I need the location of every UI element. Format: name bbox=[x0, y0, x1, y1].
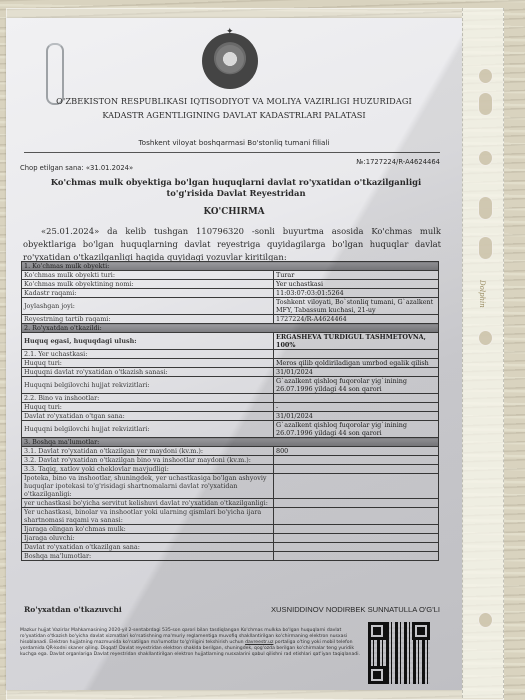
table-row: Ko'chmas mulk obyekti turi:Turar bbox=[22, 271, 439, 280]
field-label: Boshqa ma'lumotlar: bbox=[22, 552, 274, 561]
legal-notice: Mazkur hujjat Vazirlar Mahkamasining 202… bbox=[20, 628, 360, 658]
intro-paragraph: «25.01.2024» da kelib tushgan 110796320 … bbox=[23, 225, 441, 264]
field-label: Huquq turi: bbox=[22, 359, 274, 368]
document-page: ✦ O'ZBEKISTON RESPUBLIKASI IQTISODIYOT V… bbox=[6, 18, 462, 690]
field-value: Turar bbox=[274, 271, 439, 280]
table-row: 3.1. Davlat ro'yxatidan o'tkazilgan yer … bbox=[22, 447, 439, 456]
table-section-row: 1. Ko'chmas mulk obyekti: bbox=[22, 262, 439, 271]
table-section-row: 2. Ro'yxatdan o'tkazildi: bbox=[22, 324, 439, 333]
table-row: 3.2. Davlat ro'yxatidan o'tkazilgan bino… bbox=[22, 456, 439, 465]
table-row: 2.1. Yer uchastkasi: bbox=[22, 350, 439, 359]
field-value bbox=[274, 465, 439, 474]
field-label: Huquqni belgilovchi hujjat rekvizitlari: bbox=[22, 377, 274, 394]
table-row: Huquqni belgilovchi hujjat rekvizitlari:… bbox=[22, 377, 439, 394]
table-row: Ijaraga oluvchi: bbox=[22, 534, 439, 543]
field-label: Huquqni belgilovchi hujjat rekvizitlari: bbox=[22, 421, 274, 438]
field-value: Yer uchastkasi bbox=[274, 280, 439, 289]
field-value bbox=[274, 525, 439, 534]
field-label: 1. Ko'chmas mulk obyekti: bbox=[22, 262, 439, 271]
table-row: Huquq turi:Meros qilib qoldiriladigan um… bbox=[22, 359, 439, 368]
field-label: yer uchastkasi bo'yicha servitut kelishu… bbox=[22, 499, 274, 508]
field-value: G`azalkent qishloq fuqorolar yig`inining… bbox=[274, 421, 439, 438]
field-value: Toshkent viloyati, Bo`stonliq tumani, G`… bbox=[274, 298, 439, 315]
table-row: 3.3. Taqiq, xatlov yoki cheklovlar mavju… bbox=[22, 465, 439, 474]
registrar-label: Ro'yxatdan o'tkazuvchi bbox=[24, 605, 122, 614]
table-row: yer uchastkasi bo'yicha servitut kelishu… bbox=[22, 499, 439, 508]
field-label: Reyestrning tartib raqami: bbox=[22, 315, 274, 324]
ministry-heading: O'ZBEKISTON RESPUBLIKASI IQTISODIYOT VA … bbox=[6, 96, 462, 106]
table-row: Ijaraga olingan ko'chmas mulk: bbox=[22, 525, 439, 534]
field-label: Kadastr raqami: bbox=[22, 289, 274, 298]
field-value bbox=[274, 474, 439, 499]
table-row: Davlat ro'yxatidan o'tgan sana:31/01/202… bbox=[22, 412, 439, 421]
field-value bbox=[274, 508, 439, 525]
field-label: 3.1. Davlat ro'yxatidan o'tkazilgan yer … bbox=[22, 447, 274, 456]
field-label: Huquqni davlat ro'yxatidan o'tkazish san… bbox=[22, 368, 274, 377]
table-row: Reyestrning tartib raqami:1727224/R-A462… bbox=[22, 315, 439, 324]
registrar-name: XUSNIDDINOV NODIRBEK SUNNATULLA O'G'LI bbox=[271, 605, 440, 614]
field-value: 1727224/R-A4624464 bbox=[274, 315, 439, 324]
document-number: №:1727224/R-A4624464 bbox=[356, 158, 440, 166]
qr-finder-icon bbox=[412, 622, 430, 640]
header-divider bbox=[24, 152, 440, 153]
table-row: Ko'chmas mulk obyektining nomi:Yer uchas… bbox=[22, 280, 439, 289]
field-label: Huquq egasi, huquqdagi ulush: bbox=[22, 333, 274, 350]
field-label: Ijaraga olingan ko'chmas mulk: bbox=[22, 525, 274, 534]
punch-hole-icon bbox=[478, 92, 493, 116]
field-value: 31/01/2024 bbox=[274, 368, 439, 377]
field-label: 2.2. Bino va inshootlar: bbox=[22, 394, 274, 403]
field-label: Ko'chmas mulk obyektining nomi: bbox=[22, 280, 274, 289]
sleeve-brand: Dolphin bbox=[478, 280, 486, 308]
field-label: Joylashgan joyi: bbox=[22, 298, 274, 315]
field-label: 2. Ro'yxatdan o'tkazildi: bbox=[22, 324, 439, 333]
field-label: Huquq turi: bbox=[22, 403, 274, 412]
field-value bbox=[274, 456, 439, 465]
emblem-center bbox=[216, 45, 244, 73]
qr-code[interactable] bbox=[368, 622, 430, 684]
punch-hole-icon bbox=[478, 236, 493, 260]
field-label: 3.2. Davlat ro'yxatidan o'tkazilgan bino… bbox=[22, 456, 274, 465]
field-value bbox=[274, 499, 439, 508]
field-value: 800 bbox=[274, 447, 439, 456]
verification-link[interactable]: davreestr.uz bbox=[245, 640, 273, 645]
document-title: Ko'chmas mulk obyektiga bo'lgan huquqlar… bbox=[36, 177, 436, 199]
punch-hole-icon bbox=[478, 68, 493, 84]
agency-heading: KADASTR AGENTLIGINING DAVLAT KADASTRLARI… bbox=[6, 110, 462, 120]
field-value: 11:03:07:03:01:5264 bbox=[274, 289, 439, 298]
field-label: 3. Boshqa ma'lumotlar: bbox=[22, 438, 439, 447]
field-label: Davlat ro'yxatidan o'tkazilgan sana: bbox=[22, 543, 274, 552]
field-value: - bbox=[274, 403, 439, 412]
registry-table: 1. Ko'chmas mulk obyekti:Ko'chmas mulk o… bbox=[21, 261, 439, 561]
table-row: Ipoteka, bino va inshootlar, shuningdek,… bbox=[22, 474, 439, 499]
field-label: Ijaraga oluvchi: bbox=[22, 534, 274, 543]
qr-finder-icon bbox=[368, 622, 386, 640]
table-row: Huquqni belgilovchi hujjat rekvizitlari:… bbox=[22, 421, 439, 438]
field-label: 3.3. Taqiq, xatlov yoki cheklovlar mavju… bbox=[22, 465, 274, 474]
table-row: 2.2. Bino va inshootlar: bbox=[22, 394, 439, 403]
field-label: Davlat ro'yxatidan o'tgan sana: bbox=[22, 412, 274, 421]
field-value: G`azalkent qishloq fuqorolar yig`inining… bbox=[274, 377, 439, 394]
table-row: Huquq turi:- bbox=[22, 403, 439, 412]
table-row: Yer uchastkasi, binolar va inshootlar yo… bbox=[22, 508, 439, 525]
star-icon: ✦ bbox=[226, 27, 234, 37]
field-value: 31/01/2024 bbox=[274, 412, 439, 421]
field-value bbox=[274, 534, 439, 543]
state-emblem-icon: ✦ bbox=[202, 33, 258, 89]
field-value bbox=[274, 394, 439, 403]
field-value: Meros qilib qoldiriladigan umrbod egalik… bbox=[274, 359, 439, 368]
table-section-row: 3. Boshqa ma'lumotlar: bbox=[22, 438, 439, 447]
branch-name: Toshkent viloyat boshqarmasi Bo'stonliq … bbox=[6, 138, 462, 147]
punch-hole-icon bbox=[478, 330, 493, 346]
table-row: Kadastr raqami:11:03:07:03:01:5264 bbox=[22, 289, 439, 298]
punch-hole-icon bbox=[478, 612, 493, 628]
table-row: Huquqni davlat ro'yxatidan o'tkazish san… bbox=[22, 368, 439, 377]
field-label: Ipoteka, bino va inshootlar, shuningdek,… bbox=[22, 474, 274, 499]
field-value bbox=[274, 543, 439, 552]
punch-hole-icon bbox=[478, 196, 493, 220]
printed-date: Chop etilgan sana: «31.01.2024» bbox=[20, 164, 133, 172]
field-value bbox=[274, 552, 439, 561]
document-subtitle: KO'CHIRMA bbox=[6, 207, 462, 217]
field-value: ERGASHEVA TURDIGUL TASHMETOVNA, 100% bbox=[274, 333, 439, 350]
field-value bbox=[274, 350, 439, 359]
field-label: Ko'chmas mulk obyekti turi: bbox=[22, 271, 274, 280]
table-row: Huquq egasi, huquqdagi ulush:ERGASHEVA T… bbox=[22, 333, 439, 350]
table-row: Boshqa ma'lumotlar: bbox=[22, 552, 439, 561]
qr-finder-icon bbox=[368, 666, 386, 684]
punch-hole-icon bbox=[478, 150, 493, 166]
field-label: 2.1. Yer uchastkasi: bbox=[22, 350, 274, 359]
table-row: Joylashgan joyi:Toshkent viloyati, Bo`st… bbox=[22, 298, 439, 315]
table-row: Davlat ro'yxatidan o'tkazilgan sana: bbox=[22, 543, 439, 552]
field-label: Yer uchastkasi, binolar va inshootlar yo… bbox=[22, 508, 274, 525]
